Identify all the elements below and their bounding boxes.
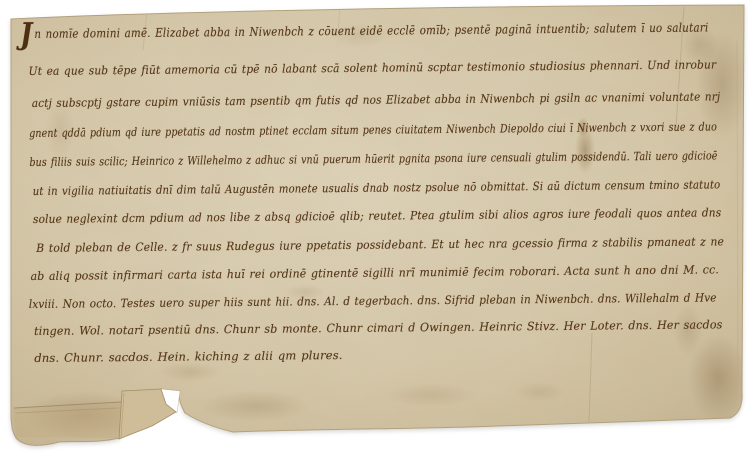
charter-line-9: ab aliq possit infirmari carta ista huī … — [30, 262, 719, 283]
charter-text-block: Jn nomīe domini amē. Elizabet abba in Ni… — [0, 0, 750, 453]
charter-line-6: ut in vigilia natiuitatis dnī dim talū A… — [33, 177, 721, 198]
charter-line-7: solue neglexint dcm pdium ad nos libe z … — [33, 205, 721, 226]
charter-line-10: lxviii. Non octo. Testes uero super hiis… — [29, 290, 717, 311]
charter-line-2: Ut ea que sub tēpe fiūt amemoria cū tpē … — [29, 57, 717, 78]
charter-line-1: Jn nomīe domini amē. Elizabet abba in Ni… — [20, 20, 708, 41]
illuminated-initial: J — [20, 17, 34, 52]
charter-line-4: gnent qddā pdium qd iure ppetatis ad nos… — [29, 119, 717, 140]
charter-line-12: dns. Chunr. sacdos. Hein. kiching z alii… — [34, 348, 342, 365]
charter-line-5: bus filiis suis scilic; Heinrico z Wille… — [29, 148, 717, 169]
charter-line-11: tingen. Wol. notarī psentiū dns. Chunr s… — [34, 317, 723, 338]
charter-line-8: B told pleban de Celle. z fr suus Rudegu… — [36, 234, 724, 255]
charter-photo: Jn nomīe domini amē. Elizabet abba in Ni… — [0, 0, 750, 453]
charter-line-1-text: n nomīe domini amē. Elizabet abba in Niw… — [34, 20, 708, 40]
charter-line-3: actj subscptj gstare cupim vniūsis tam p… — [32, 89, 720, 110]
